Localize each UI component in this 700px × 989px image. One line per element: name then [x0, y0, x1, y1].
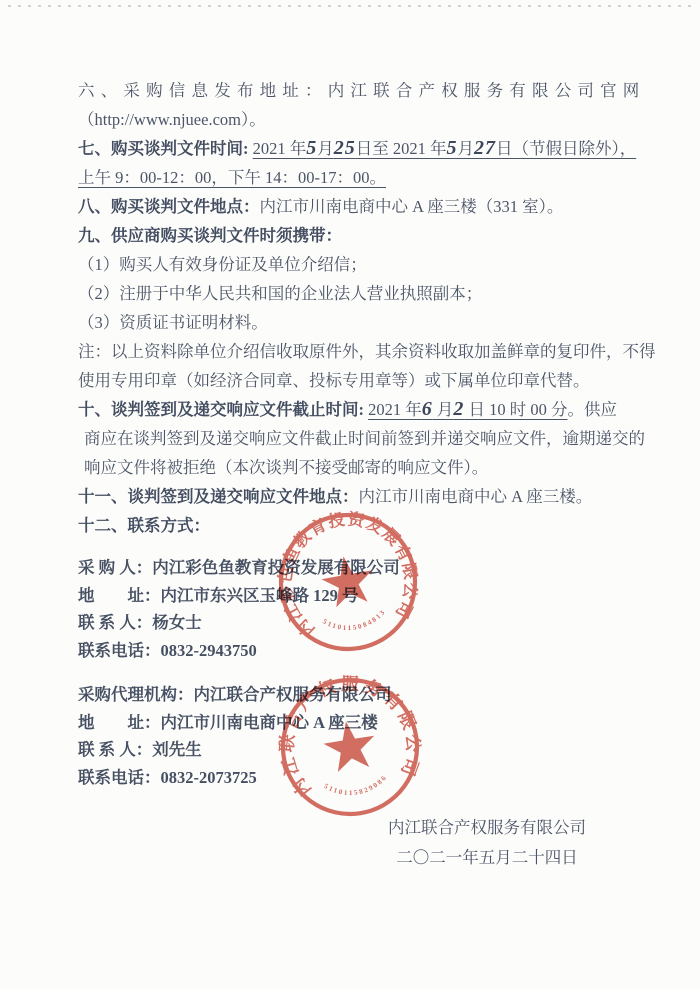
agent-company-seal: 内江联合产权服务有限公司 5110115829086: [275, 672, 425, 822]
section-10-heading: 十、谈判签到及递交响应文件截止时间:: [78, 400, 368, 419]
section-10-line-3: 响应文件将被拒绝（本次谈判不接受邮寄的响应文件）。: [78, 453, 650, 482]
seal-star-icon: [318, 552, 377, 609]
section-7-line-2: 上午 9：00-12：00，下午 14：00-17：00。: [78, 163, 650, 192]
purchaser-company-seal: 内江彩色鱼教育投资发展有限公司 5110115084813: [273, 507, 423, 657]
period-month-label-1: 月: [317, 139, 334, 158]
section-9-item-2: （2）注册于中华人民共和国的企业法人营业执照副本；: [78, 279, 650, 308]
note-line-2: 使用专用印章（如经济合同章、投标专用章等）或下属单位印章代替。: [78, 366, 650, 395]
handwritten-day-1: 25: [334, 137, 356, 159]
signature-block: 内江联合产权服务有限公司 二〇二一年五月二十四日: [388, 813, 586, 873]
purchaser-address-label: 地 址：: [78, 586, 161, 605]
purchaser-contact-person-value: 杨女士: [152, 613, 202, 632]
section-10-line-1: 十、谈判签到及递交响应文件截止时间: 2021 年6 月2 日 10 时 00 …: [78, 395, 650, 424]
publication-url-text: （http://www.njuee.com）。: [78, 110, 266, 129]
seal-registration-number: 5110115084813: [320, 607, 390, 638]
section-11-value: 内江市川南电商中心 A 座三楼。: [359, 487, 593, 506]
purchaser-contact-person-label: 联 系 人：: [78, 613, 152, 632]
section-6-url-line: （http://www.njuee.com）。: [78, 105, 650, 134]
agent-contact-person-value: 刘先生: [152, 740, 202, 759]
seal-star-icon: [321, 717, 379, 773]
period-year-1: 2021 年: [253, 139, 307, 158]
page-top-dotted-edge: [8, 5, 692, 7]
deadline-month-label: 月: [433, 400, 454, 419]
seal-registration-number: 5110115829086: [322, 772, 391, 801]
handwritten-deadline-day: 2: [453, 398, 464, 420]
handwritten-deadline-month: 6: [422, 398, 433, 420]
agent-address-label: 地 址：: [78, 713, 161, 732]
signature-date: 二〇二一年五月二十四日: [388, 843, 586, 873]
section-6-heading: 六、采购信息发布地址：: [78, 81, 328, 100]
section-9-heading-line: 九、供应商购买谈判文件时须携带：: [78, 221, 650, 250]
section-6-value: 内江联合产权服务有限公司官网: [328, 81, 646, 100]
agent-phone-label: 联系电话：: [78, 768, 161, 787]
handwritten-month-2: 5: [447, 137, 458, 159]
section-6-line-1: 六、采购信息发布地址：内江联合产权服务有限公司官网: [78, 76, 650, 105]
period-holidays-note: 日（节假日除外），: [496, 139, 636, 158]
section-10-line-2: 商应在谈判签到及递交响应文件截止时间前签到并递交响应文件，逾期递交的: [78, 424, 650, 453]
handwritten-day-2: 27: [474, 137, 496, 159]
section-7-heading: 七、购买谈判文件时间:: [78, 139, 253, 158]
purchaser-phone-value: 0832-2943750: [161, 641, 257, 660]
section-7-line-1: 七、购买谈判文件时间: 2021 年5月25日至 2021 年5月27日（节假日…: [78, 134, 650, 163]
section-8-value: 内江市川南电商中心 A 座三楼（331 室）。: [260, 197, 564, 216]
section-12-heading: 十二、联系方式：: [78, 516, 210, 535]
purchaser-phone-label: 联系电话：: [78, 641, 161, 660]
deadline-datetime: 2021 年6 月2 日 10 时 00 分: [368, 400, 567, 419]
handwritten-month-1: 5: [306, 137, 317, 159]
section-10-tail: 。供应: [568, 400, 618, 419]
section-11-heading: 十一、谈判签到及递交响应文件地点：: [78, 487, 359, 506]
section-9-heading: 九、供应商购买谈判文件时须携带：: [78, 226, 342, 245]
scanned-document-page: 六、采购信息发布地址：内江联合产权服务有限公司官网 （http://www.nj…: [0, 0, 700, 989]
section-8-line: 八、购买谈判文件地点：内江市川南电商中心 A 座三楼（331 室）。: [78, 192, 650, 221]
section-8-heading: 八、购买谈判文件地点：: [78, 197, 260, 216]
section-9-item-3: （3）资质证书证明材料。: [78, 308, 650, 337]
agent-contact-person-label: 联 系 人：: [78, 740, 152, 759]
period-to-year-2: 日至 2021 年: [356, 139, 447, 158]
period-month-label-2: 月: [458, 139, 475, 158]
purchase-period: 2021 年5月25日至 2021 年5月27日（节假日除外），: [253, 139, 637, 158]
agent-name-label: 采购代理机构：: [78, 685, 194, 704]
deadline-time: 日 10 时 00 分: [464, 400, 567, 419]
purchaser-name-label: 采 购 人：: [78, 558, 152, 577]
deadline-year: 2021 年: [368, 400, 422, 419]
section-9-item-1: （1）购买人有效身份证及单位介绍信；: [78, 250, 650, 279]
office-hours: 上午 9：00-12：00，下午 14：00-17：00。: [78, 168, 386, 187]
agent-phone-value: 0832-2073725: [161, 768, 257, 787]
note-line-1: 注：以上资料除单位介绍信收取原件外，其余资料收取加盖鲜章的复印件，不得: [78, 337, 650, 366]
